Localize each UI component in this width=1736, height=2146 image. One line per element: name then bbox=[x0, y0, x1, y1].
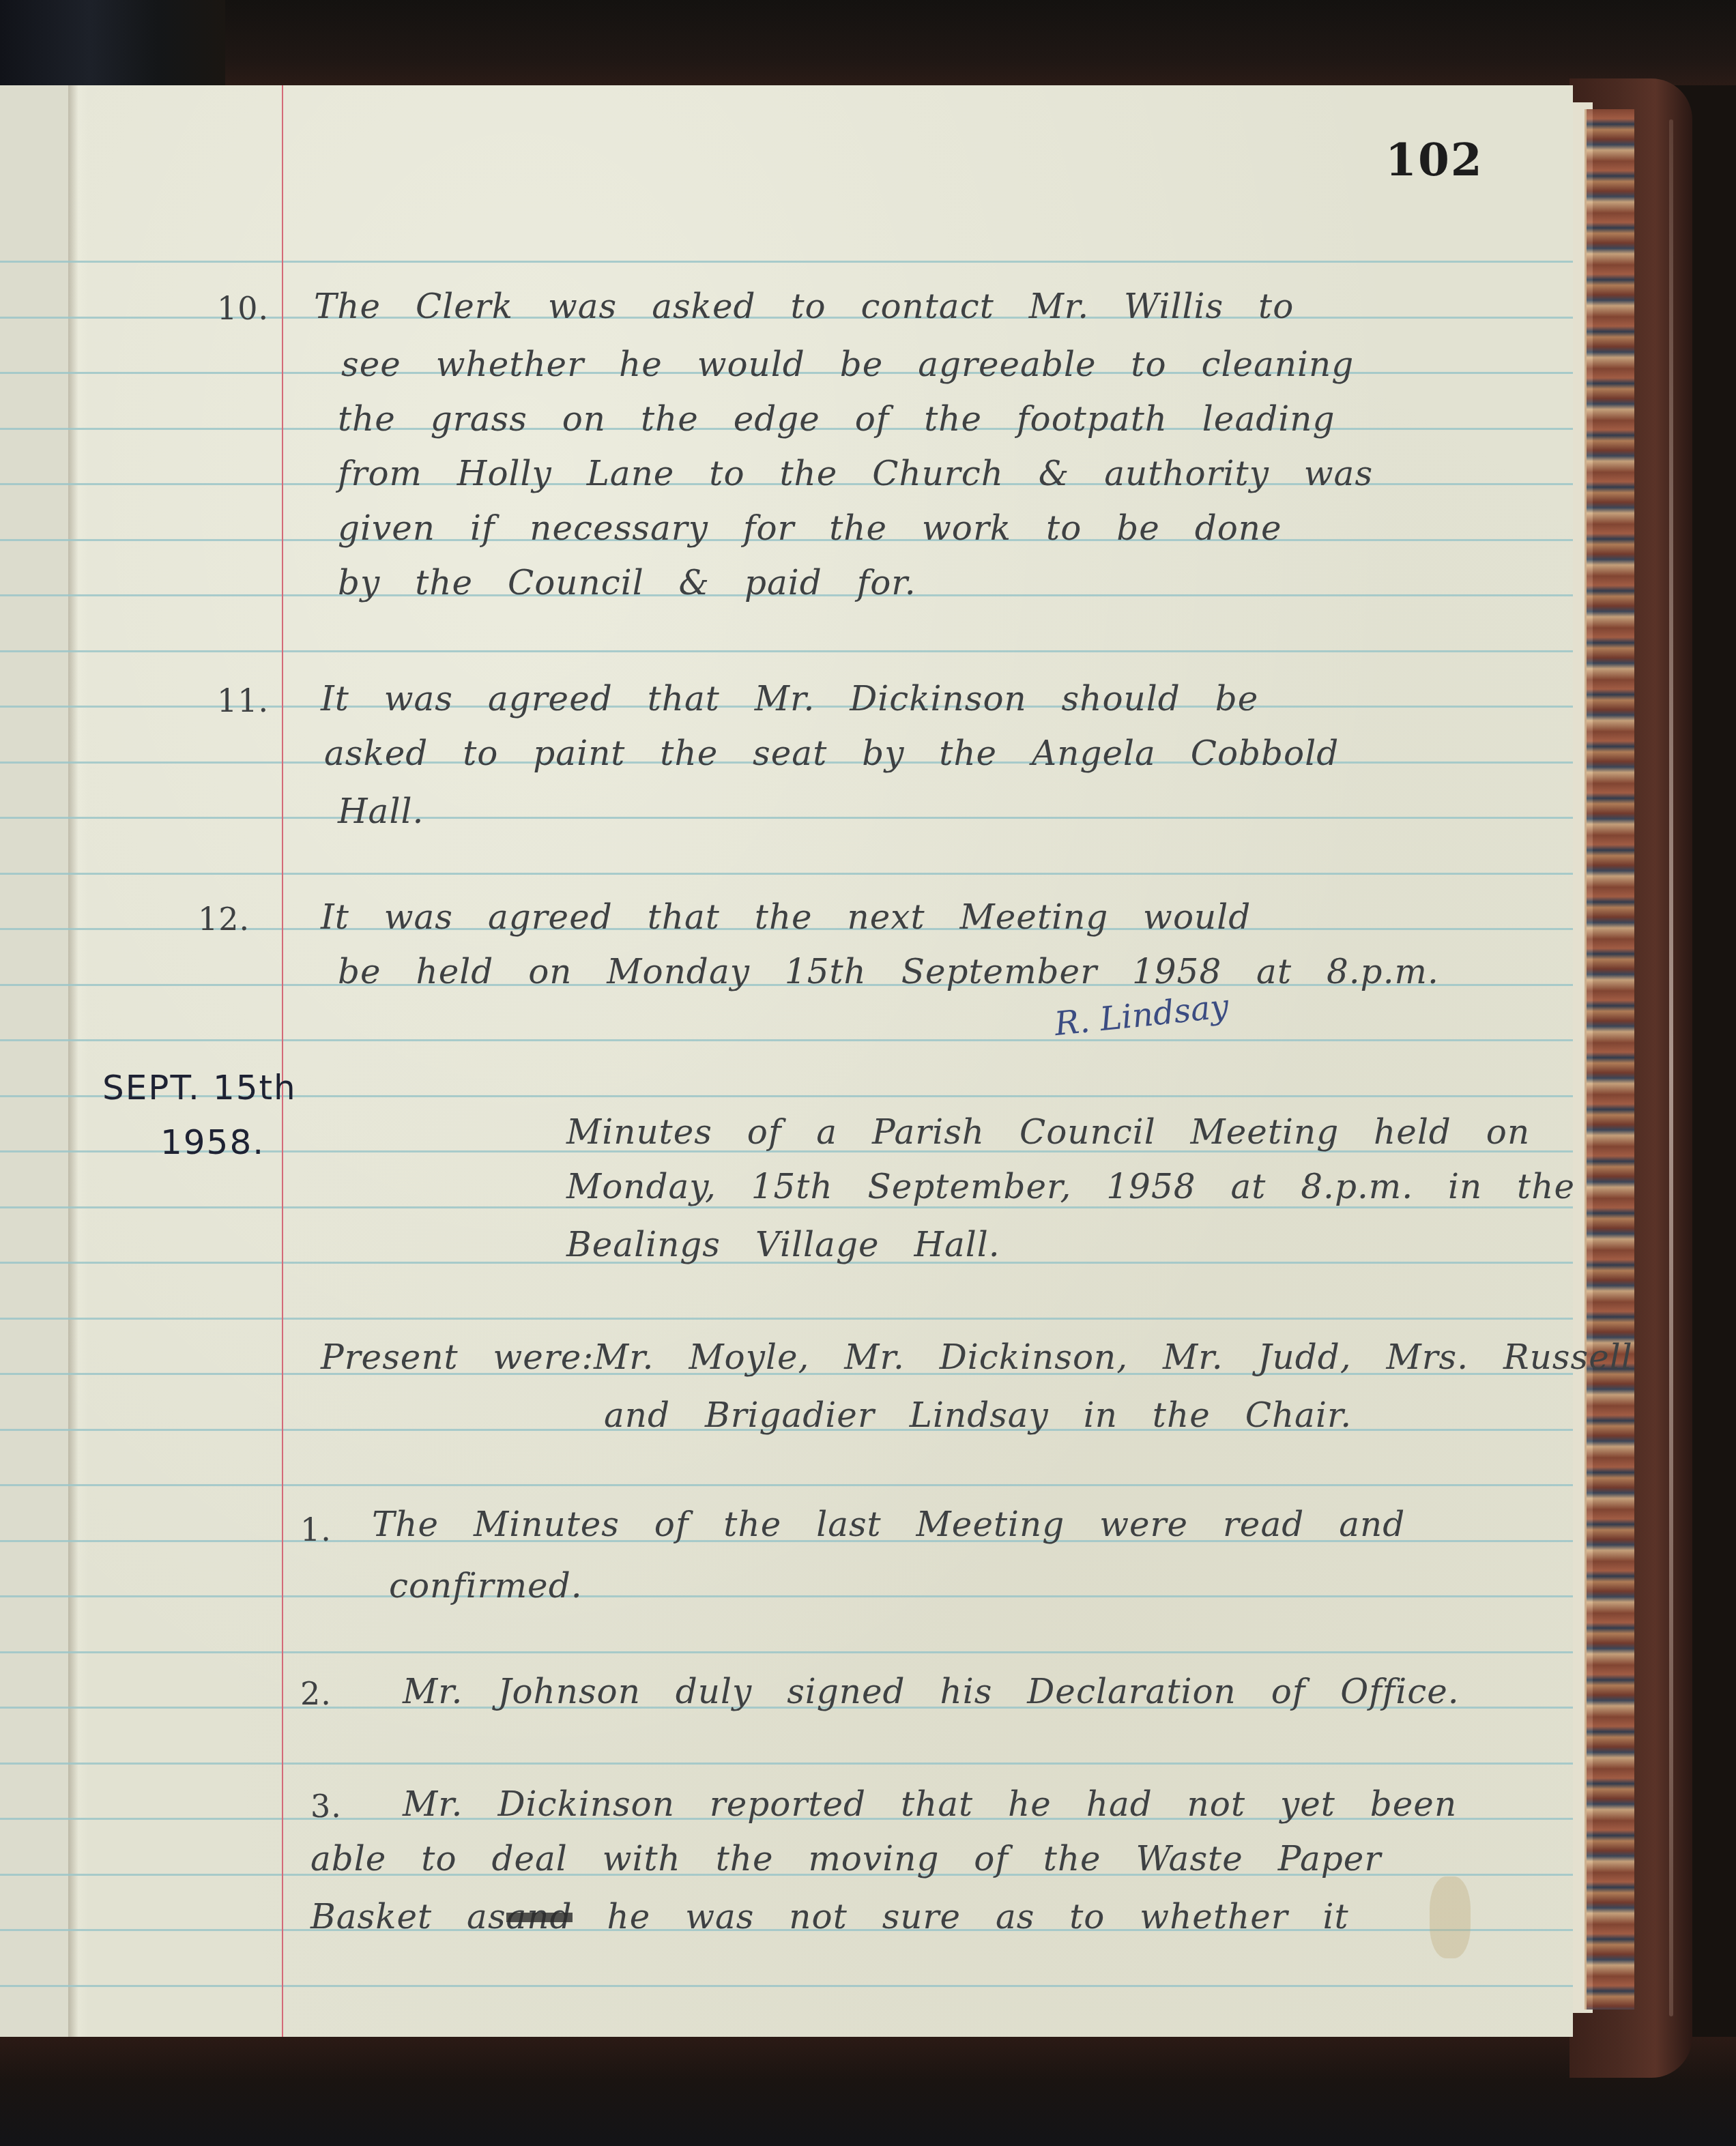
item-11-line-1: It was agreed that Mr. Dickinson should … bbox=[321, 679, 1258, 719]
item-number: 2. bbox=[300, 1675, 332, 1712]
ruled-line bbox=[0, 1318, 1573, 1320]
item-number: 1. bbox=[300, 1511, 332, 1548]
item-12-line-2: be held on Monday 15th September 1958 at… bbox=[338, 952, 1439, 991]
book-cover-bottom bbox=[0, 2037, 1736, 2146]
item-10-line-6: by the Council & paid for. bbox=[338, 563, 916, 603]
page-fold bbox=[68, 85, 89, 2037]
facing-page-edge bbox=[0, 85, 70, 2037]
ruled-line bbox=[0, 1595, 1573, 1597]
margin-date-line-2: 1958. bbox=[160, 1122, 265, 1162]
present-label: Present were: bbox=[321, 1337, 594, 1377]
item-number: 10. bbox=[217, 290, 269, 327]
item-2-line-1: Mr. Johnson duly signed his Declaration … bbox=[403, 1672, 1460, 1711]
present-line-1: Mr. Moyle, Mr. Dickinson, Mr. Judd, Mrs.… bbox=[594, 1337, 1633, 1377]
item-3-line-3-before: Basket as bbox=[310, 1897, 506, 1937]
item-10-line-1: The Clerk was asked to contact Mr. Willi… bbox=[314, 287, 1294, 326]
ruled-line bbox=[0, 1651, 1573, 1653]
ruled-line bbox=[0, 1039, 1573, 1041]
item-3-line-1: Mr. Dickinson reported that he had not y… bbox=[403, 1784, 1457, 1824]
page-number: 102 bbox=[1385, 133, 1484, 186]
ruled-line bbox=[0, 1763, 1573, 1765]
item-10-line-5: given if necessary for the work to be do… bbox=[338, 508, 1282, 548]
minutes-heading-line-1: Minutes of a Parish Council Meeting held… bbox=[566, 1112, 1530, 1152]
margin-date-line-1: SEPT. 15th bbox=[102, 1068, 297, 1107]
item-number: 11. bbox=[217, 682, 269, 719]
item-10-line-3: the grass on the edge of the footpath le… bbox=[338, 399, 1335, 439]
item-12-line-1: It was agreed that the next Meeting woul… bbox=[321, 897, 1251, 937]
marbled-page-edges bbox=[1585, 109, 1634, 2010]
ruled-line bbox=[0, 873, 1573, 875]
item-11-line-2: asked to paint the seat by the Angela Co… bbox=[324, 734, 1339, 773]
item-3-line-3: Basket asand he was not sure as to wheth… bbox=[310, 1897, 1349, 1937]
paper-stain bbox=[1430, 1876, 1471, 1958]
red-margin-line bbox=[282, 85, 283, 2037]
item-number: 12. bbox=[198, 901, 250, 938]
item-number: 3. bbox=[310, 1788, 342, 1825]
item-3-line-2: able to deal with the moving of the Wast… bbox=[310, 1839, 1381, 1879]
ruled-line bbox=[0, 261, 1573, 263]
item-1-line-2: confirmed. bbox=[389, 1566, 583, 1606]
item-1-line-1: The Minutes of the last Meeting were rea… bbox=[372, 1505, 1405, 1544]
item-10-line-2: see whether he would be agreeable to cle… bbox=[341, 345, 1354, 384]
book-cover-top bbox=[0, 0, 1736, 85]
ruled-line bbox=[0, 1985, 1573, 1987]
item-10-line-4: from Holly Lane to the Church & authorit… bbox=[338, 454, 1373, 493]
item-3-line-3-after: he was not sure as to whether it bbox=[607, 1897, 1349, 1937]
present-line-2: and Brigadier Lindsay in the Chair. bbox=[604, 1395, 1352, 1435]
minutes-heading-line-2: Monday, 15th September, 1958 at 8.p.m. i… bbox=[566, 1167, 1575, 1206]
struck-word: and bbox=[506, 1897, 573, 1937]
item-11-line-3: Hall. bbox=[338, 792, 424, 831]
ruled-line bbox=[0, 650, 1573, 652]
ruled-line bbox=[0, 817, 1573, 819]
minutes-heading-line-3: Bealings Village Hall. bbox=[566, 1225, 1000, 1264]
ruled-line bbox=[0, 1484, 1573, 1486]
